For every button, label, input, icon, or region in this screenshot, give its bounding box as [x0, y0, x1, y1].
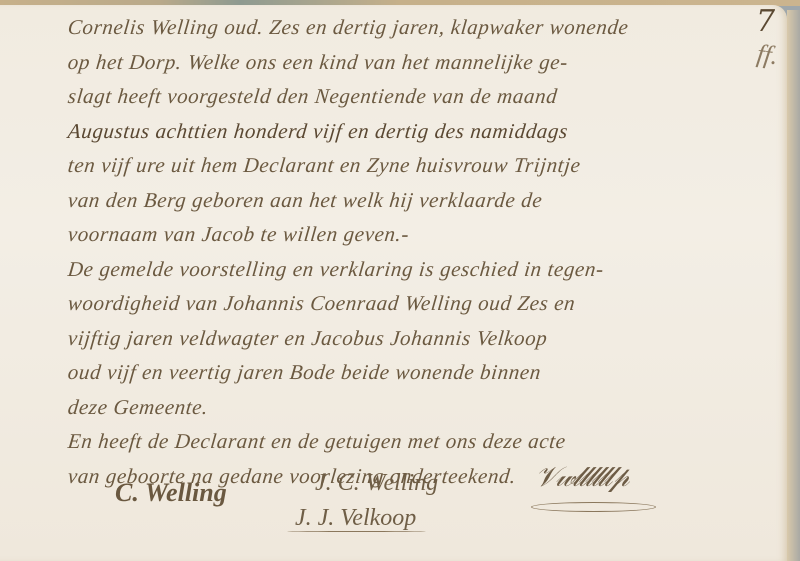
text-line: oud vijf en veertig jaren Bode beide won…	[66, 355, 760, 390]
record-text: Cornelis Welling oud. Zes en dertig jare…	[68, 10, 758, 493]
page-right-edge	[787, 10, 800, 561]
text-line: ten vijf ure uit hem Declarant en Zyne h…	[66, 148, 760, 183]
text-line: En heeft de Declarant en de getuigen met…	[66, 424, 760, 459]
text-line: Augustus achttien honderd vijf en dertig…	[66, 114, 760, 149]
signature-witness-2: J. J. Velkoop	[295, 505, 416, 532]
text-line: De gemelde voorstelling en verklaring is…	[66, 252, 760, 287]
text-line: op het Dorp. Welke ons een kind van het …	[66, 45, 760, 80]
signature-declarant: C. Welling	[115, 478, 227, 508]
text-line: van den Berg geboren aan het welk hij ve…	[66, 183, 760, 218]
text-line: slagt heeft voorgesteld den Negentiende …	[66, 79, 760, 114]
text-line: vijftig jaren veldwagter en Jacobus Joha…	[66, 321, 760, 356]
text-line: Cornelis Welling oud. Zes en dertig jare…	[66, 10, 760, 45]
text-line: deze Gemeente.	[66, 390, 760, 425]
signature-official: 𝒱𝓌𝓁𝓁𝓁𝓁𝓁𝓁𝓅	[535, 462, 626, 494]
signature-witness-1: J. C. Welling	[315, 470, 438, 497]
text-line: voornaam van Jacob te willen geven.-	[66, 217, 760, 252]
text-line: woordigheid van Johannis Coenraad Wellin…	[66, 286, 760, 321]
